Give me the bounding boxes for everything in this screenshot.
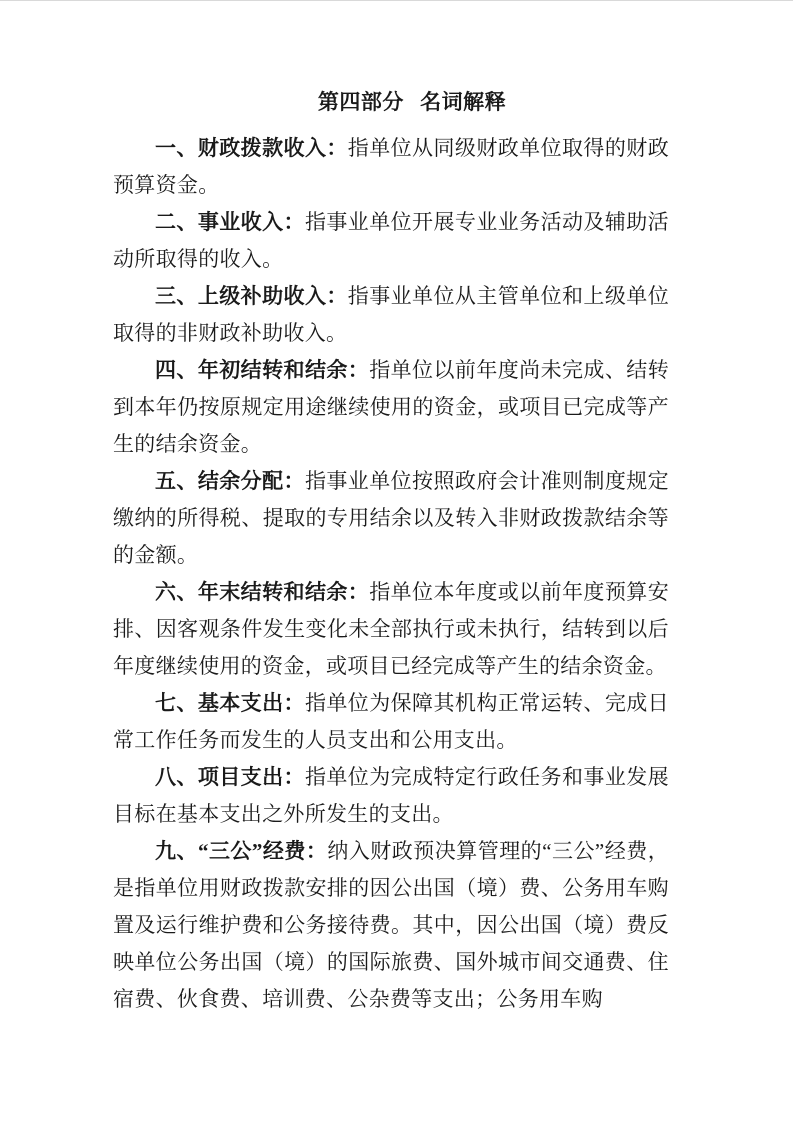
term-label: 五、结余分配：: [155, 469, 305, 493]
term-label: 九、“三公”经费：: [155, 839, 327, 863]
term-label: 三、上级补助收入：: [155, 284, 348, 308]
glossary-entry: 六、年末结转和结余：指单位本年度或以前年度预算安排、因客观条件发生变化未全部执行…: [113, 574, 669, 685]
glossary-sections: 一、财政拨款收入：指单位从同级财政单位取得的财政预算资金。 二、事业收入：指事业…: [113, 130, 669, 1018]
term-label: 七、基本支出：: [155, 691, 305, 715]
term-label: 四、年初结转和结余：: [155, 358, 369, 382]
glossary-entry: 五、结余分配：指事业单位按照政府会计准则制度规定缴纳的所得税、提取的专用结余以及…: [113, 463, 669, 574]
term-label: 六、年末结转和结余：: [155, 580, 369, 604]
glossary-entry: 九、“三公”经费：纳入财政预决算管理的“三公”经费，是指单位用财政拨款安排的因公…: [113, 833, 669, 1018]
term-definition: 纳入财政预决算管理的“三公”经费，是指单位用财政拨款安排的因公出国（境）费、公务…: [113, 839, 669, 1011]
term-label: 二、事业收入：: [155, 210, 305, 234]
term-label: 一、财政拨款收入：: [155, 136, 348, 160]
page-title: 第四部分 名词解释: [113, 87, 669, 119]
glossary-entry: 八、项目支出：指单位为完成特定行政任务和事业发展目标在基本支出之外所发生的支出。: [113, 759, 669, 833]
glossary-entry: 三、上级补助收入：指事业单位从主管单位和上级单位取得的非财政补助收入。: [113, 278, 669, 352]
document-content: 第四部分 名词解释 一、财政拨款收入：指单位从同级财政单位取得的财政预算资金。 …: [0, 1, 793, 1018]
glossary-entry: 四、年初结转和结余：指单位以前年度尚未完成、结转到本年仍按原规定用途继续使用的资…: [113, 352, 669, 463]
document-page: 第四部分 名词解释 一、财政拨款收入：指单位从同级财政单位取得的财政预算资金。 …: [0, 0, 793, 1122]
term-label: 八、项目支出：: [155, 765, 305, 789]
glossary-entry: 一、财政拨款收入：指单位从同级财政单位取得的财政预算资金。: [113, 130, 669, 204]
glossary-entry: 二、事业收入：指事业单位开展专业业务活动及辅助活动所取得的收入。: [113, 204, 669, 278]
glossary-entry: 七、基本支出：指单位为保障其机构正常运转、完成日常工作任务而发生的人员支出和公用…: [113, 685, 669, 759]
